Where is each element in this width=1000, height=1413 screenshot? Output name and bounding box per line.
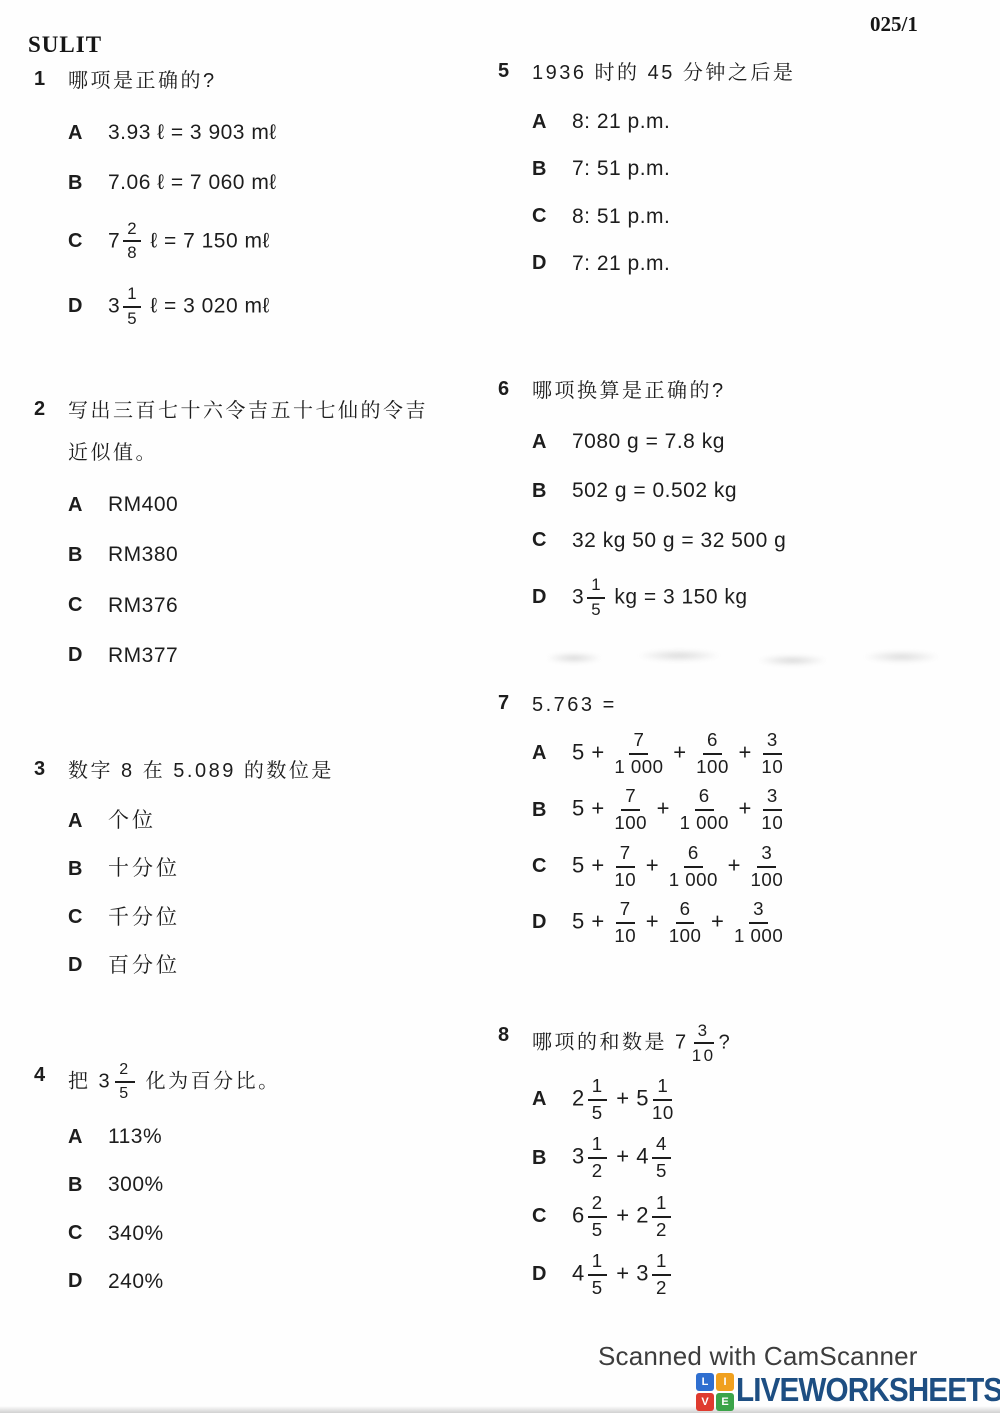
fraction-numerator: 1 xyxy=(588,1077,607,1101)
question-3: 3 数字 8 在 5.089 的数位是 A 个位 B 十分位 C 千分位 D 百… xyxy=(34,756,474,979)
option-content: 7: 51 p.m. xyxy=(572,156,670,182)
option-label: D xyxy=(532,911,572,934)
paper-code: 025/1 xyxy=(870,12,918,37)
options-list: A 个位 B 十分位 C 千分位 D 百分位 xyxy=(68,808,474,979)
fraction-numerator: 2 xyxy=(588,1194,607,1218)
option-content: RM377 xyxy=(108,643,178,669)
options-list: A 113% B 300% C 340% D 240% xyxy=(68,1124,474,1295)
option-7-A: A 5 + 71 000 + 6100 + 310 xyxy=(532,731,978,776)
option-2-D: D RM377 xyxy=(68,643,484,669)
option-7-C: C 5 + 710 + 61 000 + 3100 xyxy=(532,844,978,889)
logo-tile-I: I xyxy=(716,1373,734,1391)
option-label: A xyxy=(68,122,108,145)
option-6-D: D 315 kg = 3 150 kg xyxy=(532,577,978,619)
option-label: C xyxy=(532,205,572,228)
option-label: D xyxy=(68,644,108,667)
fraction-denominator: 2 xyxy=(656,1218,667,1240)
fraction: 15 xyxy=(587,577,605,619)
fraction: 15 xyxy=(123,286,141,328)
option-label: D xyxy=(68,295,108,318)
option-label: C xyxy=(532,855,572,878)
options-list: A 5 + 71 000 + 6100 + 310 B 5 + 7100 + 6… xyxy=(532,731,978,946)
prompt-line: 数字 8 在 5.089 的数位是 xyxy=(68,756,474,786)
fraction-numerator: 3 xyxy=(763,787,782,811)
option-content: 十分位 xyxy=(108,856,180,882)
fraction: 12 xyxy=(652,1252,671,1297)
option-label: A xyxy=(532,111,572,134)
fraction-numerator: 1 xyxy=(652,1194,671,1218)
option-2-C: C RM376 xyxy=(68,593,484,619)
fraction-denominator: 5 xyxy=(127,308,137,328)
fraction: 6100 xyxy=(669,900,702,945)
option-content: 312 + 445 xyxy=(572,1135,674,1180)
question-8: 8 哪项的和数是 7310? A 215 + 5110 B 312 + 445 … xyxy=(498,1022,978,1298)
fraction: 710 xyxy=(614,844,636,889)
fraction-numerator: 4 xyxy=(652,1135,671,1159)
option-6-B: B 502 g = 0.502 kg xyxy=(532,478,978,504)
option-7-B: B 5 + 7100 + 61 000 + 310 xyxy=(532,787,978,832)
fraction-denominator: 10 xyxy=(614,868,636,890)
fraction: 28 xyxy=(123,221,141,263)
fraction: 6100 xyxy=(696,731,729,776)
option-content: 113% xyxy=(108,1124,162,1150)
fraction-numerator: 1 xyxy=(652,1252,671,1276)
question-prompt: 5.763 = xyxy=(532,690,978,720)
question-number: 6 xyxy=(498,376,532,618)
fraction: 3100 xyxy=(751,844,784,889)
confidential-label: SULIT xyxy=(28,32,102,58)
fraction: 12 xyxy=(588,1135,607,1180)
option-6-C: C 32 kg 50 g = 32 500 g xyxy=(532,528,978,554)
option-content: 415 + 312 xyxy=(572,1252,674,1297)
fraction-denominator: 10 xyxy=(761,755,783,777)
fraction: 15 xyxy=(588,1252,607,1297)
question-body: 哪项的和数是 7310? A 215 + 5110 B 312 + 445 C … xyxy=(532,1022,978,1298)
fraction-numerator: 1 xyxy=(123,286,141,308)
fraction-numerator: 3 xyxy=(694,1022,714,1044)
question-prompt: 哪项是正确的? xyxy=(68,66,474,96)
option-content: RM376 xyxy=(108,593,178,619)
fraction-numerator: 2 xyxy=(123,221,141,243)
option-label: C xyxy=(68,230,108,253)
fraction-denominator: 5 xyxy=(592,1276,603,1298)
option-4-C: C 340% xyxy=(68,1221,474,1247)
fraction: 310 xyxy=(761,731,783,776)
fraction-numerator: 1 xyxy=(653,1077,672,1101)
prompt-line: 哪项的和数是 7310? xyxy=(532,1022,978,1064)
option-5-A: A 8: 21 p.m. xyxy=(532,109,978,135)
option-content: 502 g = 0.502 kg xyxy=(572,478,737,504)
liveworksheets-logo-text: LIVEWORKSHEETS xyxy=(736,1367,1000,1413)
option-content: 百分位 xyxy=(108,953,180,979)
prompt-line: 把 325 化为百分比。 xyxy=(68,1062,474,1102)
options-list: A 8: 21 p.m. B 7: 51 p.m. C 8: 51 p.m. D… xyxy=(532,109,978,277)
option-content: 315 kg = 3 150 kg xyxy=(572,577,748,619)
fraction-denominator: 2 xyxy=(656,1276,667,1298)
logo-tile-L: L xyxy=(696,1373,714,1391)
fraction-denominator: 2 xyxy=(592,1159,603,1181)
fraction-denominator: 5 xyxy=(592,1218,603,1240)
fraction: 110 xyxy=(652,1077,674,1122)
fraction-numerator: 7 xyxy=(616,844,635,868)
fraction-numerator: 6 xyxy=(695,787,714,811)
option-label: A xyxy=(68,1126,108,1149)
question-4: 4 把 325 化为百分比。 A 113% B 300% C 340% D 24… xyxy=(34,1062,474,1295)
logo-tile-E: E xyxy=(716,1393,734,1411)
fraction: 710 xyxy=(614,900,636,945)
option-content: 8: 21 p.m. xyxy=(572,109,670,135)
option-2-A: A RM400 xyxy=(68,492,484,518)
option-label: C xyxy=(532,529,572,552)
option-8-D: D 415 + 312 xyxy=(532,1252,978,1297)
fraction-denominator: 5 xyxy=(592,1101,603,1123)
option-content: 7.06 ℓ = 7 060 mℓ xyxy=(108,170,277,196)
option-content: 315 ℓ = 3 020 mℓ xyxy=(108,286,270,328)
option-5-D: D 7: 21 p.m. xyxy=(532,251,978,277)
fraction-denominator: 1 000 xyxy=(669,868,718,890)
fraction-denominator: 5 xyxy=(656,1159,667,1181)
option-3-A: A 个位 xyxy=(68,808,474,834)
option-4-D: D 240% xyxy=(68,1269,474,1295)
option-2-B: B RM380 xyxy=(68,542,484,568)
option-content: 625 + 212 xyxy=(572,1194,674,1239)
option-label: A xyxy=(532,431,572,454)
question-body: 5.763 = A 5 + 71 000 + 6100 + 310 B 5 + … xyxy=(532,690,978,946)
option-1-D: D 315 ℓ = 3 020 mℓ xyxy=(68,286,474,328)
question-body: 哪项是正确的? A 3.93 ℓ = 3 903 mℓ B 7.06 ℓ = 7… xyxy=(68,66,474,328)
prompt-line: 哪项换算是正确的? xyxy=(532,376,978,406)
option-content: 240% xyxy=(108,1269,164,1295)
fraction-numerator: 1 xyxy=(588,1135,607,1159)
option-label: B xyxy=(532,480,572,503)
option-content: RM400 xyxy=(108,492,178,518)
options-list: A 215 + 5110 B 312 + 445 C 625 + 212 D 4… xyxy=(532,1077,978,1298)
option-7-D: D 5 + 710 + 6100 + 31 000 xyxy=(532,900,978,945)
option-4-A: A 113% xyxy=(68,1124,474,1150)
fraction-denominator: 5 xyxy=(591,599,601,619)
fraction-denominator: 1 000 xyxy=(734,924,783,946)
question-body: 哪项换算是正确的? A 7080 g = 7.8 kg B 502 g = 0.… xyxy=(532,376,978,618)
fraction: 31 000 xyxy=(734,900,783,945)
question-body: 写出三百七十六令吉五十七仙的令吉近似值。 A RM400 B RM380 C R… xyxy=(68,396,484,669)
option-label: B xyxy=(68,1174,108,1197)
fraction-numerator: 6 xyxy=(676,900,695,924)
option-label: B xyxy=(532,799,572,822)
question-number: 2 xyxy=(34,396,68,669)
option-3-B: B 十分位 xyxy=(68,856,474,882)
prompt-line: 近似值。 xyxy=(68,438,484,468)
question-7: 7 5.763 = A 5 + 71 000 + 6100 + 310 B 5 … xyxy=(498,690,978,946)
option-label: D xyxy=(532,586,572,609)
option-content: 个位 xyxy=(108,808,156,834)
fraction: 7100 xyxy=(614,787,647,832)
fraction: 45 xyxy=(652,1135,671,1180)
prompt-line: 1936 时的 45 分钟之后是 xyxy=(532,58,978,88)
fraction-denominator: 100 xyxy=(614,811,647,833)
option-label: C xyxy=(68,906,108,929)
option-label: D xyxy=(68,1270,108,1293)
question-body: 把 325 化为百分比。 A 113% B 300% C 340% D 240% xyxy=(68,1062,474,1295)
option-label: D xyxy=(532,1263,572,1286)
question-prompt: 1936 时的 45 分钟之后是 xyxy=(532,58,978,88)
option-label: A xyxy=(532,742,572,765)
fraction: 61 000 xyxy=(680,787,729,832)
option-content: 7080 g = 7.8 kg xyxy=(572,429,725,455)
question-2: 2 写出三百七十六令吉五十七仙的令吉近似值。 A RM400 B RM380 C… xyxy=(34,396,484,669)
option-content: 5 + 71 000 + 6100 + 310 xyxy=(572,731,786,776)
scan-artifact-smudge xyxy=(532,646,952,670)
option-content: 5 + 710 + 6100 + 31 000 xyxy=(572,900,786,945)
scanned-exam-page: SULIT 025/1 1 哪项是正确的? A 3.93 ℓ = 3 903 m… xyxy=(0,0,1000,1413)
fraction-numerator: 7 xyxy=(616,900,635,924)
option-label: C xyxy=(68,594,108,617)
fraction-denominator: 5 xyxy=(119,1083,130,1102)
option-8-B: B 312 + 445 xyxy=(532,1135,978,1180)
option-label: B xyxy=(532,1147,572,1170)
option-3-C: C 千分位 xyxy=(68,905,474,931)
fraction: 15 xyxy=(588,1077,607,1122)
option-content: 215 + 5110 xyxy=(572,1077,677,1122)
option-label: C xyxy=(68,1222,108,1245)
fraction: 71 000 xyxy=(614,731,663,776)
option-content: 5 + 7100 + 61 000 + 310 xyxy=(572,787,786,832)
question-body: 1936 时的 45 分钟之后是 A 8: 21 p.m. B 7: 51 p.… xyxy=(532,58,978,277)
question-number: 4 xyxy=(34,1062,68,1295)
fraction: 310 xyxy=(692,1022,716,1064)
option-label: D xyxy=(68,954,108,977)
question-5: 5 1936 时的 45 分钟之后是 A 8: 21 p.m. B 7: 51 … xyxy=(498,58,978,277)
fraction-numerator: 1 xyxy=(588,1252,607,1276)
question-number: 5 xyxy=(498,58,532,277)
fraction: 12 xyxy=(652,1194,671,1239)
question-prompt: 哪项换算是正确的? xyxy=(532,376,978,406)
question-number: 1 xyxy=(34,66,68,328)
option-label: C xyxy=(532,1205,572,1228)
option-8-A: A 215 + 5110 xyxy=(532,1077,978,1122)
fraction-numerator: 3 xyxy=(749,900,768,924)
option-label: A xyxy=(68,810,108,833)
fraction-denominator: 100 xyxy=(751,868,784,890)
option-5-C: C 8: 51 p.m. xyxy=(532,204,978,230)
option-content: 300% xyxy=(108,1172,164,1198)
option-8-C: C 625 + 212 xyxy=(532,1194,978,1239)
option-content: 8: 51 p.m. xyxy=(572,204,670,230)
option-3-D: D 百分位 xyxy=(68,953,474,979)
fraction-numerator: 7 xyxy=(629,731,648,755)
prompt-line: 写出三百七十六令吉五十七仙的令吉 xyxy=(68,396,484,426)
option-label: D xyxy=(532,252,572,275)
option-label: B xyxy=(68,172,108,195)
option-label: B xyxy=(532,158,572,181)
fraction-denominator: 10 xyxy=(761,811,783,833)
fraction: 61 000 xyxy=(669,844,718,889)
option-label: A xyxy=(532,1088,572,1111)
option-content: 3.93 ℓ = 3 903 mℓ xyxy=(108,120,277,146)
option-content: 32 kg 50 g = 32 500 g xyxy=(572,528,786,554)
fraction-denominator: 8 xyxy=(127,242,137,262)
option-content: 7: 21 p.m. xyxy=(572,251,670,277)
question-prompt: 数字 8 在 5.089 的数位是 xyxy=(68,756,474,786)
fraction-numerator: 3 xyxy=(763,731,782,755)
fraction-numerator: 6 xyxy=(703,731,722,755)
fraction-denominator: 10 xyxy=(692,1044,716,1064)
question-number: 3 xyxy=(34,756,68,979)
fraction-numerator: 2 xyxy=(115,1062,134,1083)
fraction-denominator: 100 xyxy=(669,924,702,946)
question-prompt: 写出三百七十六令吉五十七仙的令吉近似值。 xyxy=(68,396,484,468)
option-content: RM380 xyxy=(108,542,178,568)
options-list: A 3.93 ℓ = 3 903 mℓ B 7.06 ℓ = 7 060 mℓ … xyxy=(68,120,474,328)
question-prompt: 哪项的和数是 7310? xyxy=(532,1022,978,1064)
option-label: A xyxy=(68,494,108,517)
fraction-numerator: 1 xyxy=(587,577,605,599)
question-number: 7 xyxy=(498,690,532,946)
options-list: A 7080 g = 7.8 kg B 502 g = 0.502 kg C 3… xyxy=(532,429,978,618)
option-content: 千分位 xyxy=(108,905,180,931)
fraction-denominator: 100 xyxy=(696,755,729,777)
option-1-C: C 728 ℓ = 7 150 mℓ xyxy=(68,221,474,263)
question-prompt: 把 325 化为百分比。 xyxy=(68,1062,474,1102)
option-content: 5 + 710 + 61 000 + 3100 xyxy=(572,844,786,889)
fraction-denominator: 10 xyxy=(652,1101,674,1123)
option-content: 728 ℓ = 7 150 mℓ xyxy=(108,221,270,263)
options-list: A RM400 B RM380 C RM376 D RM377 xyxy=(68,492,484,669)
fraction-denominator: 10 xyxy=(614,924,636,946)
liveworksheets-logo-grid-icon: LIVE xyxy=(696,1373,734,1411)
option-1-B: B 7.06 ℓ = 7 060 mℓ xyxy=(68,170,474,196)
fraction-numerator: 6 xyxy=(684,844,703,868)
fraction-numerator: 7 xyxy=(621,787,640,811)
logo-tile-V: V xyxy=(696,1393,714,1411)
liveworksheets-logo[interactable]: LIVE LIVEWORKSHEETS xyxy=(696,1367,1000,1413)
fraction: 25 xyxy=(588,1194,607,1239)
option-label: B xyxy=(68,858,108,881)
fraction-numerator: 3 xyxy=(757,844,776,868)
option-1-A: A 3.93 ℓ = 3 903 mℓ xyxy=(68,120,474,146)
option-4-B: B 300% xyxy=(68,1172,474,1198)
fraction-denominator: 1 000 xyxy=(614,755,663,777)
option-5-B: B 7: 51 p.m. xyxy=(532,156,978,182)
question-6: 6 哪项换算是正确的? A 7080 g = 7.8 kg B 502 g = … xyxy=(498,376,978,618)
option-label: B xyxy=(68,544,108,567)
prompt-line: 哪项是正确的? xyxy=(68,66,474,96)
option-6-A: A 7080 g = 7.8 kg xyxy=(532,429,978,455)
option-content: 340% xyxy=(108,1221,164,1247)
fraction-denominator: 1 000 xyxy=(680,811,729,833)
fraction: 25 xyxy=(115,1062,134,1102)
question-number: 8 xyxy=(498,1022,532,1298)
question-body: 数字 8 在 5.089 的数位是 A 个位 B 十分位 C 千分位 D 百分位 xyxy=(68,756,474,979)
question-1: 1 哪项是正确的? A 3.93 ℓ = 3 903 mℓ B 7.06 ℓ =… xyxy=(34,66,474,328)
prompt-line: 5.763 = xyxy=(532,690,978,720)
fraction: 310 xyxy=(761,787,783,832)
